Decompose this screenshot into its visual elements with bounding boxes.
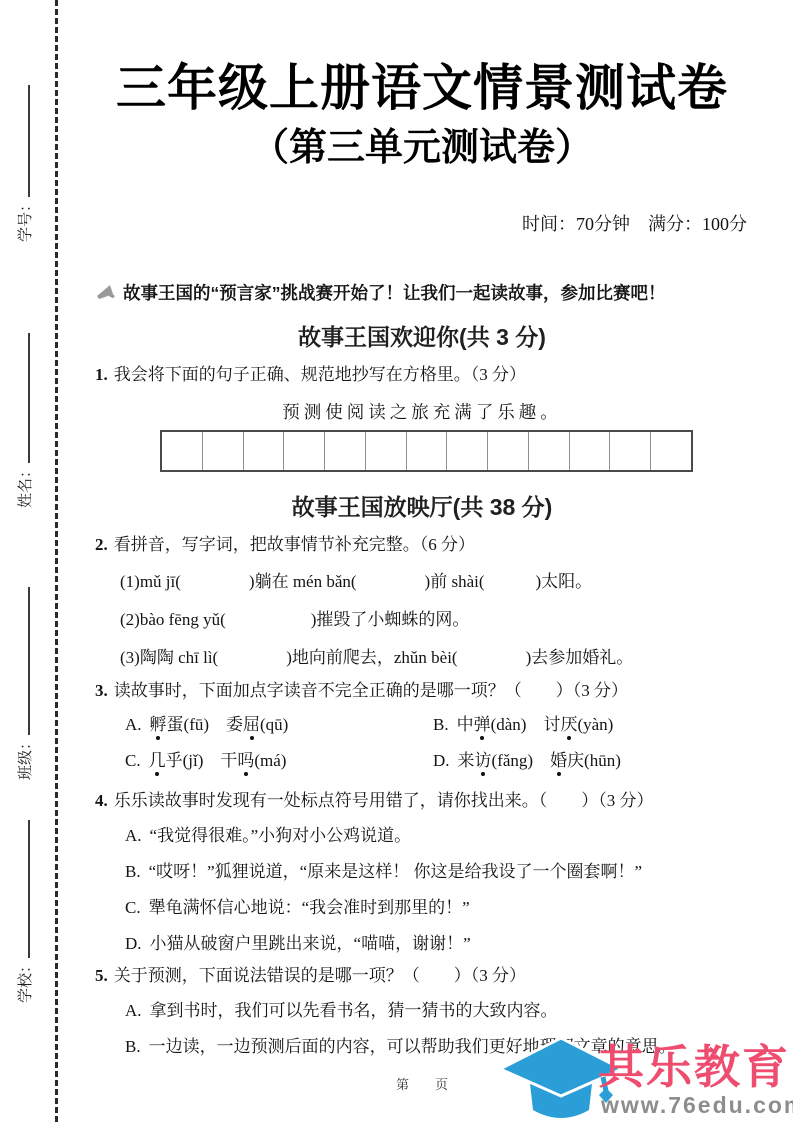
test-paper-page: 学号： 姓名： 班级： 学校： 三年级上册语文情景测试卷 （第三单元测试卷） 时… [0, 0, 793, 1122]
time-score-info: 时间：70分钟 满分：100分 [522, 210, 747, 236]
question-4-number: 4. [95, 791, 108, 810]
grid-cell [325, 432, 366, 470]
question-5-text: 关于预测，下面说法错误的是哪一项？（ ）（3 分） [114, 966, 526, 985]
option-a-text: 孵蛋(fū) 委屈(qū) [150, 715, 289, 734]
option-d-text: 小猫从破窗户里跳出来说，“喵喵，谢谢！” [150, 934, 471, 953]
question-1-stem: 1.我会将下面的句子正确、规范地抄写在方格里。（3 分） [95, 360, 526, 385]
question-2-item-2: (2)bào fēng yǔ( )摧毁了小蜘蛛的网。 [120, 605, 469, 630]
section2-title: 故事王国放映厅(共 38 分) [57, 489, 787, 522]
question-4-text: 乐乐读故事时发现有一处标点符号用错了，请你找出来。（ ）（3 分） [114, 791, 654, 810]
margin-field-student-id: 学号： [14, 85, 35, 242]
question-4-option-c: C.犟龟满怀信心地说：“我会准时到那里的！” [125, 893, 470, 918]
question-1-number: 1. [95, 365, 108, 384]
question-3-options-row-2: C.几乎(jǐ) 干吗(má) D.来访(fǎng) 婚庆(hūn) [125, 746, 621, 771]
option-a-text: 拿到书时，我们可以先看书名，猜一猜书的大致内容。 [150, 1001, 558, 1020]
question-2-text: 看拼音，写字词，把故事情节补充完整。（6 分） [114, 535, 475, 554]
option-a-letter: A. [125, 1001, 142, 1020]
question-3-text: 读故事时，下面加点字读音不完全正确的是哪一项？（ ）（3 分） [114, 681, 628, 700]
grid-cell [610, 432, 651, 470]
grid-cell [447, 432, 488, 470]
class-label: 班级： [18, 735, 34, 780]
grid-cell [203, 432, 244, 470]
copy-sentence: 预测使阅读之旅充满了乐趣。 [57, 399, 787, 424]
question-2-number: 2. [95, 535, 108, 554]
question-4-option-d: D.小猫从破窗户里跳出来说，“喵喵，谢谢！” [125, 929, 471, 954]
option-c-text: 几乎(jǐ) 干吗(má) [149, 751, 287, 770]
question-5-option-a: A.拿到书时，我们可以先看书名，猜一猜书的大致内容。 [125, 996, 558, 1021]
copy-grid [160, 430, 693, 472]
question-4-option-a: A.“我觉得很难。”小狗对小公鸡说道。 [125, 821, 411, 846]
question-3-stem: 3.读故事时，下面加点字读音不完全正确的是哪一项？（ ）（3 分） [95, 676, 628, 701]
name-blank [23, 333, 30, 463]
question-3-number: 3. [95, 681, 108, 700]
question-3-option-d: D.来访(fǎng) 婚庆(hūn) [433, 746, 621, 771]
brand-name: 其乐教育 [598, 1042, 790, 1093]
question-2-stem: 2.看拼音，写字词，把故事情节补充完整。（6 分） [95, 530, 475, 555]
grid-cell [284, 432, 325, 470]
student-id-blank [23, 85, 30, 197]
megaphone-icon [95, 284, 117, 307]
option-d-letter: D. [433, 751, 450, 770]
option-c-letter: C. [125, 751, 141, 770]
intro-text: 故事王国的“预言家”挑战赛开始了！让我们一起读故事，参加比赛吧！ [123, 283, 666, 303]
school-label: 学校： [18, 958, 34, 1003]
name-label: 姓名： [18, 463, 34, 508]
option-b-letter: B. [125, 862, 141, 881]
margin-field-class: 班级： [14, 587, 35, 780]
option-b-text: “哎呀！”狐狸说道，“原来是这样！ 你这是给我设了一个圈套啊！” [149, 862, 642, 881]
grid-cell [162, 432, 203, 470]
brand-url: www.76edu.com [601, 1092, 793, 1119]
student-id-label: 学号： [18, 197, 34, 242]
option-d-text: 来访(fǎng) 婚庆(hūn) [458, 751, 621, 770]
section1-title: 故事王国欢迎你(共 3 分) [57, 319, 787, 352]
question-5-number: 5. [95, 966, 108, 985]
margin-field-school: 学校： [14, 820, 35, 1003]
margin-field-name: 姓名： [14, 333, 35, 508]
question-2-item-1: (1)mǔ jī( )躺在 mén bǎn( )前 shài( )太阳。 [120, 567, 592, 592]
grid-cell [407, 432, 448, 470]
question-5-stem: 5.关于预测，下面说法错误的是哪一项？（ ）（3 分） [95, 961, 526, 986]
option-a-letter: A. [125, 826, 142, 845]
option-b-letter: B. [433, 715, 449, 734]
grid-cell [529, 432, 570, 470]
option-a-letter: A. [125, 715, 142, 734]
grid-cell [570, 432, 611, 470]
question-4-option-b: B.“哎呀！”狐狸说道，“原来是这样！ 你这是给我设了一个圈套啊！” [125, 857, 642, 882]
class-blank [23, 587, 30, 735]
intro-line: 故事王国的“预言家”挑战赛开始了！让我们一起读故事，参加比赛吧！ [95, 280, 763, 307]
option-b-letter: B. [125, 1037, 141, 1056]
grid-cell [651, 432, 691, 470]
question-4-stem: 4.乐乐读故事时发现有一处标点符号用错了，请你找出来。（ ）（3 分） [95, 786, 654, 811]
question-3-option-a: A.孵蛋(fū) 委屈(qū) [125, 710, 433, 735]
school-blank [23, 820, 30, 958]
paper-title: 三年级上册语文情景测试卷 [57, 60, 787, 118]
option-c-letter: C. [125, 898, 141, 917]
option-b-text: 中弹(dàn) 讨厌(yàn) [457, 715, 614, 734]
question-3-option-c: C.几乎(jǐ) 干吗(má) [125, 746, 433, 771]
question-3-option-b: B.中弹(dàn) 讨厌(yàn) [433, 710, 613, 735]
grid-cell [488, 432, 529, 470]
paper-subtitle: （第三单元测试卷） [57, 126, 787, 172]
grid-cell [366, 432, 407, 470]
option-d-letter: D. [125, 934, 142, 953]
option-c-text: 犟龟满怀信心地说：“我会准时到那里的！” [149, 898, 470, 917]
grid-cell [244, 432, 285, 470]
question-1-text: 我会将下面的句子正确、规范地抄写在方格里。（3 分） [114, 365, 526, 384]
option-a-text: “我觉得很难。”小狗对小公鸡说道。 [150, 826, 412, 845]
question-3-options-row-1: A.孵蛋(fū) 委屈(qū) B.中弹(dàn) 讨厌(yàn) [125, 710, 613, 735]
question-2-item-3: (3)陶陶 chī lì( )地向前爬去，zhǔn bèi( )去参加婚礼。 [120, 643, 633, 668]
